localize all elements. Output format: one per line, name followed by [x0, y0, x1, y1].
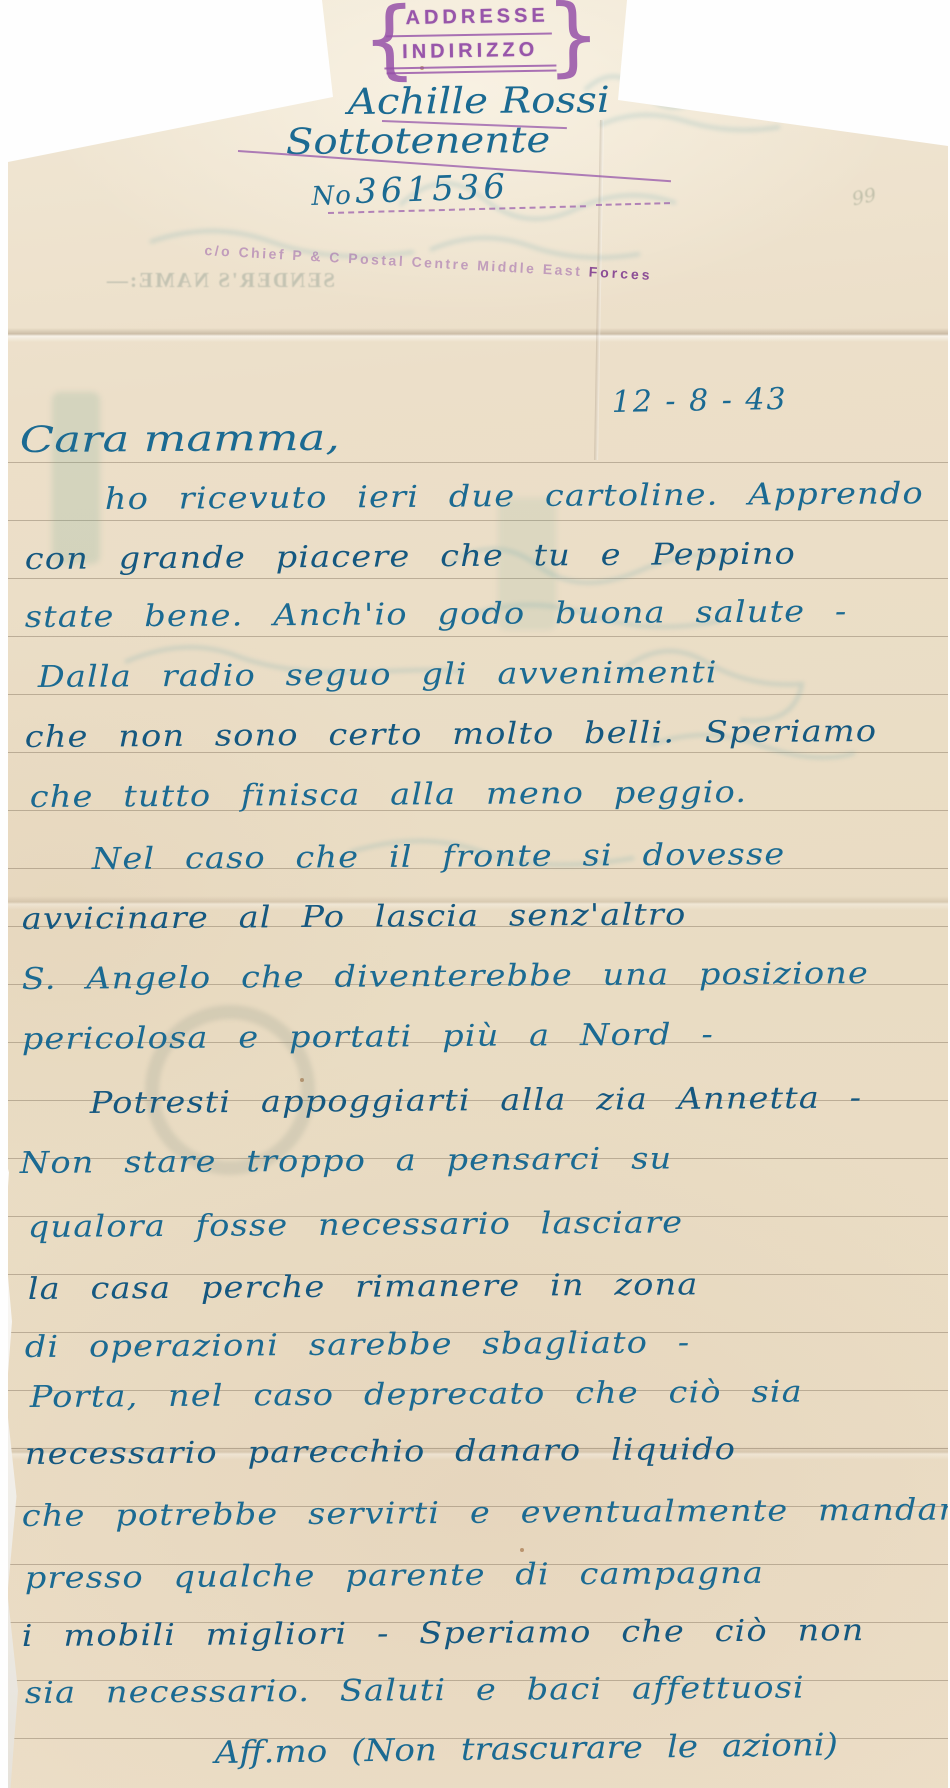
- letter-line: i mobili migliori - Speriamo che ciò non: [22, 1613, 865, 1654]
- pencil-note-ghost: 99: [850, 184, 878, 211]
- letter-line: ho ricevuto ieri due cartoline. Apprendo: [105, 476, 924, 517]
- fold-crease-top: [0, 328, 950, 342]
- letter-line: sia necessario. Saluti e baci affettuosi: [25, 1671, 805, 1711]
- letter-line: Dalla radio seguo gli avvenimenti: [38, 655, 718, 695]
- address-stamp-box: { } ADDRESSE INDIRIZZO: [361, 0, 572, 86]
- service-number: 361536: [355, 167, 510, 212]
- senders-name-ghost: SENDER'S NAME:—: [55, 268, 335, 293]
- letter-line: Potresti appoggiarti alla zia Annetta -: [90, 1081, 863, 1121]
- tab-crease-vertical: [594, 120, 604, 460]
- fox-spot: [300, 1078, 304, 1082]
- letter-line: pericolosa e portati più a Nord -: [22, 1017, 714, 1057]
- letter-line: la casa perche rimanere in zona: [28, 1267, 699, 1307]
- letter-line: qualora fosse necessario lasciare: [28, 1205, 684, 1245]
- purple-dashed-underline: [596, 202, 670, 206]
- indirizzo-label: INDIRIZZO: [402, 39, 538, 64]
- paper-sheet: { } ADDRESSE INDIRIZZO Achille Rossi Sot…: [0, 0, 950, 1788]
- letter-date: 12 - 8 - 43: [611, 382, 787, 420]
- letter-line: con grande piacere che tu e Peppino: [25, 537, 796, 577]
- scanned-letter-page: { } ADDRESSE INDIRIZZO Achille Rossi Sot…: [0, 0, 950, 1788]
- sender-name: Achille Rossi: [348, 80, 610, 123]
- letter-line: che tutto finisca alla meno peggio.: [30, 775, 748, 815]
- addresse-label: ADDRESSE: [405, 5, 549, 30]
- letter-line: di operazioni sarebbe sbagliato -: [25, 1325, 691, 1365]
- stamp-brace-right-icon: }: [545, 0, 601, 79]
- letter-salutation: Cara mamma,: [20, 418, 340, 461]
- service-number-label: No: [311, 181, 352, 212]
- letter-line: Nel caso che il fronte si dovesse: [92, 837, 786, 877]
- letter-line: Non stare troppo a pensarci su: [20, 1141, 673, 1181]
- letter-line: presso qualche parente di campagna: [25, 1556, 764, 1596]
- letter-line: state bene. Anch'io godo buona salute -: [25, 594, 848, 635]
- letter-line: Porta, nel caso deprecato che ciò sia: [30, 1375, 803, 1415]
- fox-spot: [520, 1548, 524, 1552]
- letter-line: avvicinare al Po lascia senz'altro: [22, 897, 687, 937]
- letter-line: che non sono certo molto belli. Speriamo: [25, 714, 878, 755]
- letter-line: necessario parecchio danaro liquido: [25, 1432, 736, 1472]
- letter-line: che potrebbe servirti e eventualmente ma…: [22, 1492, 950, 1534]
- letter-line: S. Angelo che diventerebbe una posizione: [22, 956, 869, 997]
